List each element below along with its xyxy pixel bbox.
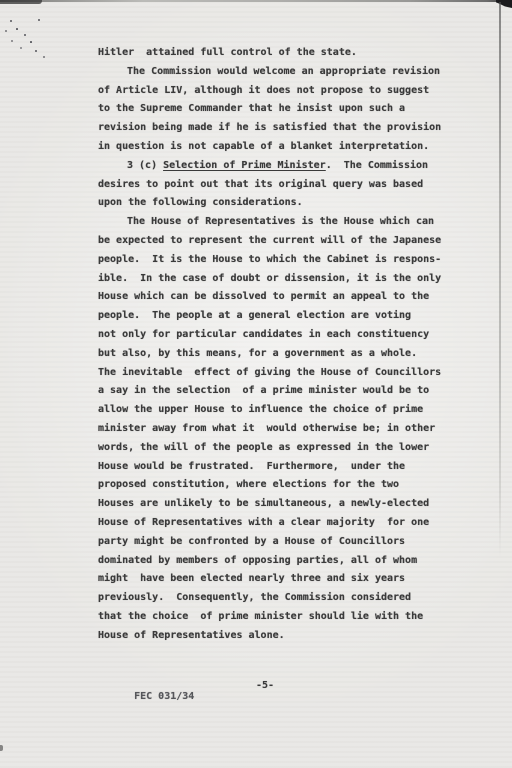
underlined-heading: Selection of Prime Minister [163,160,326,171]
speck-dot [43,56,45,58]
text-line: The Commission would welcome an appropri… [98,63,454,82]
text-line: words, the will of the people as express… [98,439,454,458]
speck-dot [38,19,40,21]
speck-dot [20,47,22,49]
scan-edge-artifact-top-left [0,0,42,4]
text-line: revision being made if he is satisfied t… [98,119,454,138]
text-line: previously. Consequently, the Commission… [98,589,454,608]
text-line: ible. In the case of doubt or dissension… [98,270,454,289]
text-line: desires to point out that its original q… [98,176,454,195]
text-line: Hitler attained full control of the stat… [98,44,454,63]
text-line: upon the following considerations. [98,194,454,213]
text-line: minister away from what it would otherwi… [98,420,454,439]
text-line: allow the upper House to influence the c… [98,401,454,420]
text-line: House of Representatives with a clear ma… [98,514,454,533]
speck-dot [11,40,13,42]
text-line: in question is not capable of a blanket … [98,138,454,157]
text-line: House would be frustrated. Furthermore, … [98,458,454,477]
text-line: be expected to represent the current wil… [98,232,454,251]
text-line: might have been elected nearly three and… [98,570,454,589]
text-line: House which can be dissolved to permit a… [98,288,454,307]
scan-edge-artifact-top [0,0,512,2]
text-line: dominated by members of opposing parties… [98,552,454,571]
text-line: people. The people at a general election… [98,307,454,326]
scan-speck-bottom-left [0,745,3,751]
text-line: The inevitable effect of giving the Hous… [98,364,454,383]
document-footer: FEC 031/34 -5- [110,680,194,724]
text-line: The House of Representatives is the Hous… [98,213,454,232]
speck-dot [16,28,18,30]
text-line: proposed constitution, where elections f… [98,476,454,495]
scan-fold-line-right [499,2,501,558]
text-line: a say in the selection of a prime minist… [98,382,454,401]
speck-dot [30,41,32,43]
text-line: of Article LIV, although it does not pro… [98,82,454,101]
text-line: people. It is the House to which the Cab… [98,251,454,270]
text-line: Houses are unlikely to be simultaneous, … [98,495,454,514]
text-line: to the Supreme Commander that he insist … [98,100,454,119]
speck-dot [10,20,12,22]
text-line: not only for particular candidates in ea… [98,326,454,345]
page-number: -5- [256,680,274,691]
speck-dot [24,34,26,36]
speck-dot [5,30,7,32]
document-body: Hitler attained full control of the stat… [98,44,454,646]
document-page: Hitler attained full control of the stat… [0,0,512,768]
text-line: party might be confronted by a House of … [98,533,454,552]
document-number: FEC 031/34 [134,691,194,702]
text-line: that the choice of prime minister should… [98,608,454,627]
text-line: 3 (c) Selection of Prime Minister. The C… [98,157,454,176]
speck-dot [35,50,37,52]
text-line: House of Representatives alone. [98,627,454,646]
text-line: but also, by this means, for a governmen… [98,345,454,364]
